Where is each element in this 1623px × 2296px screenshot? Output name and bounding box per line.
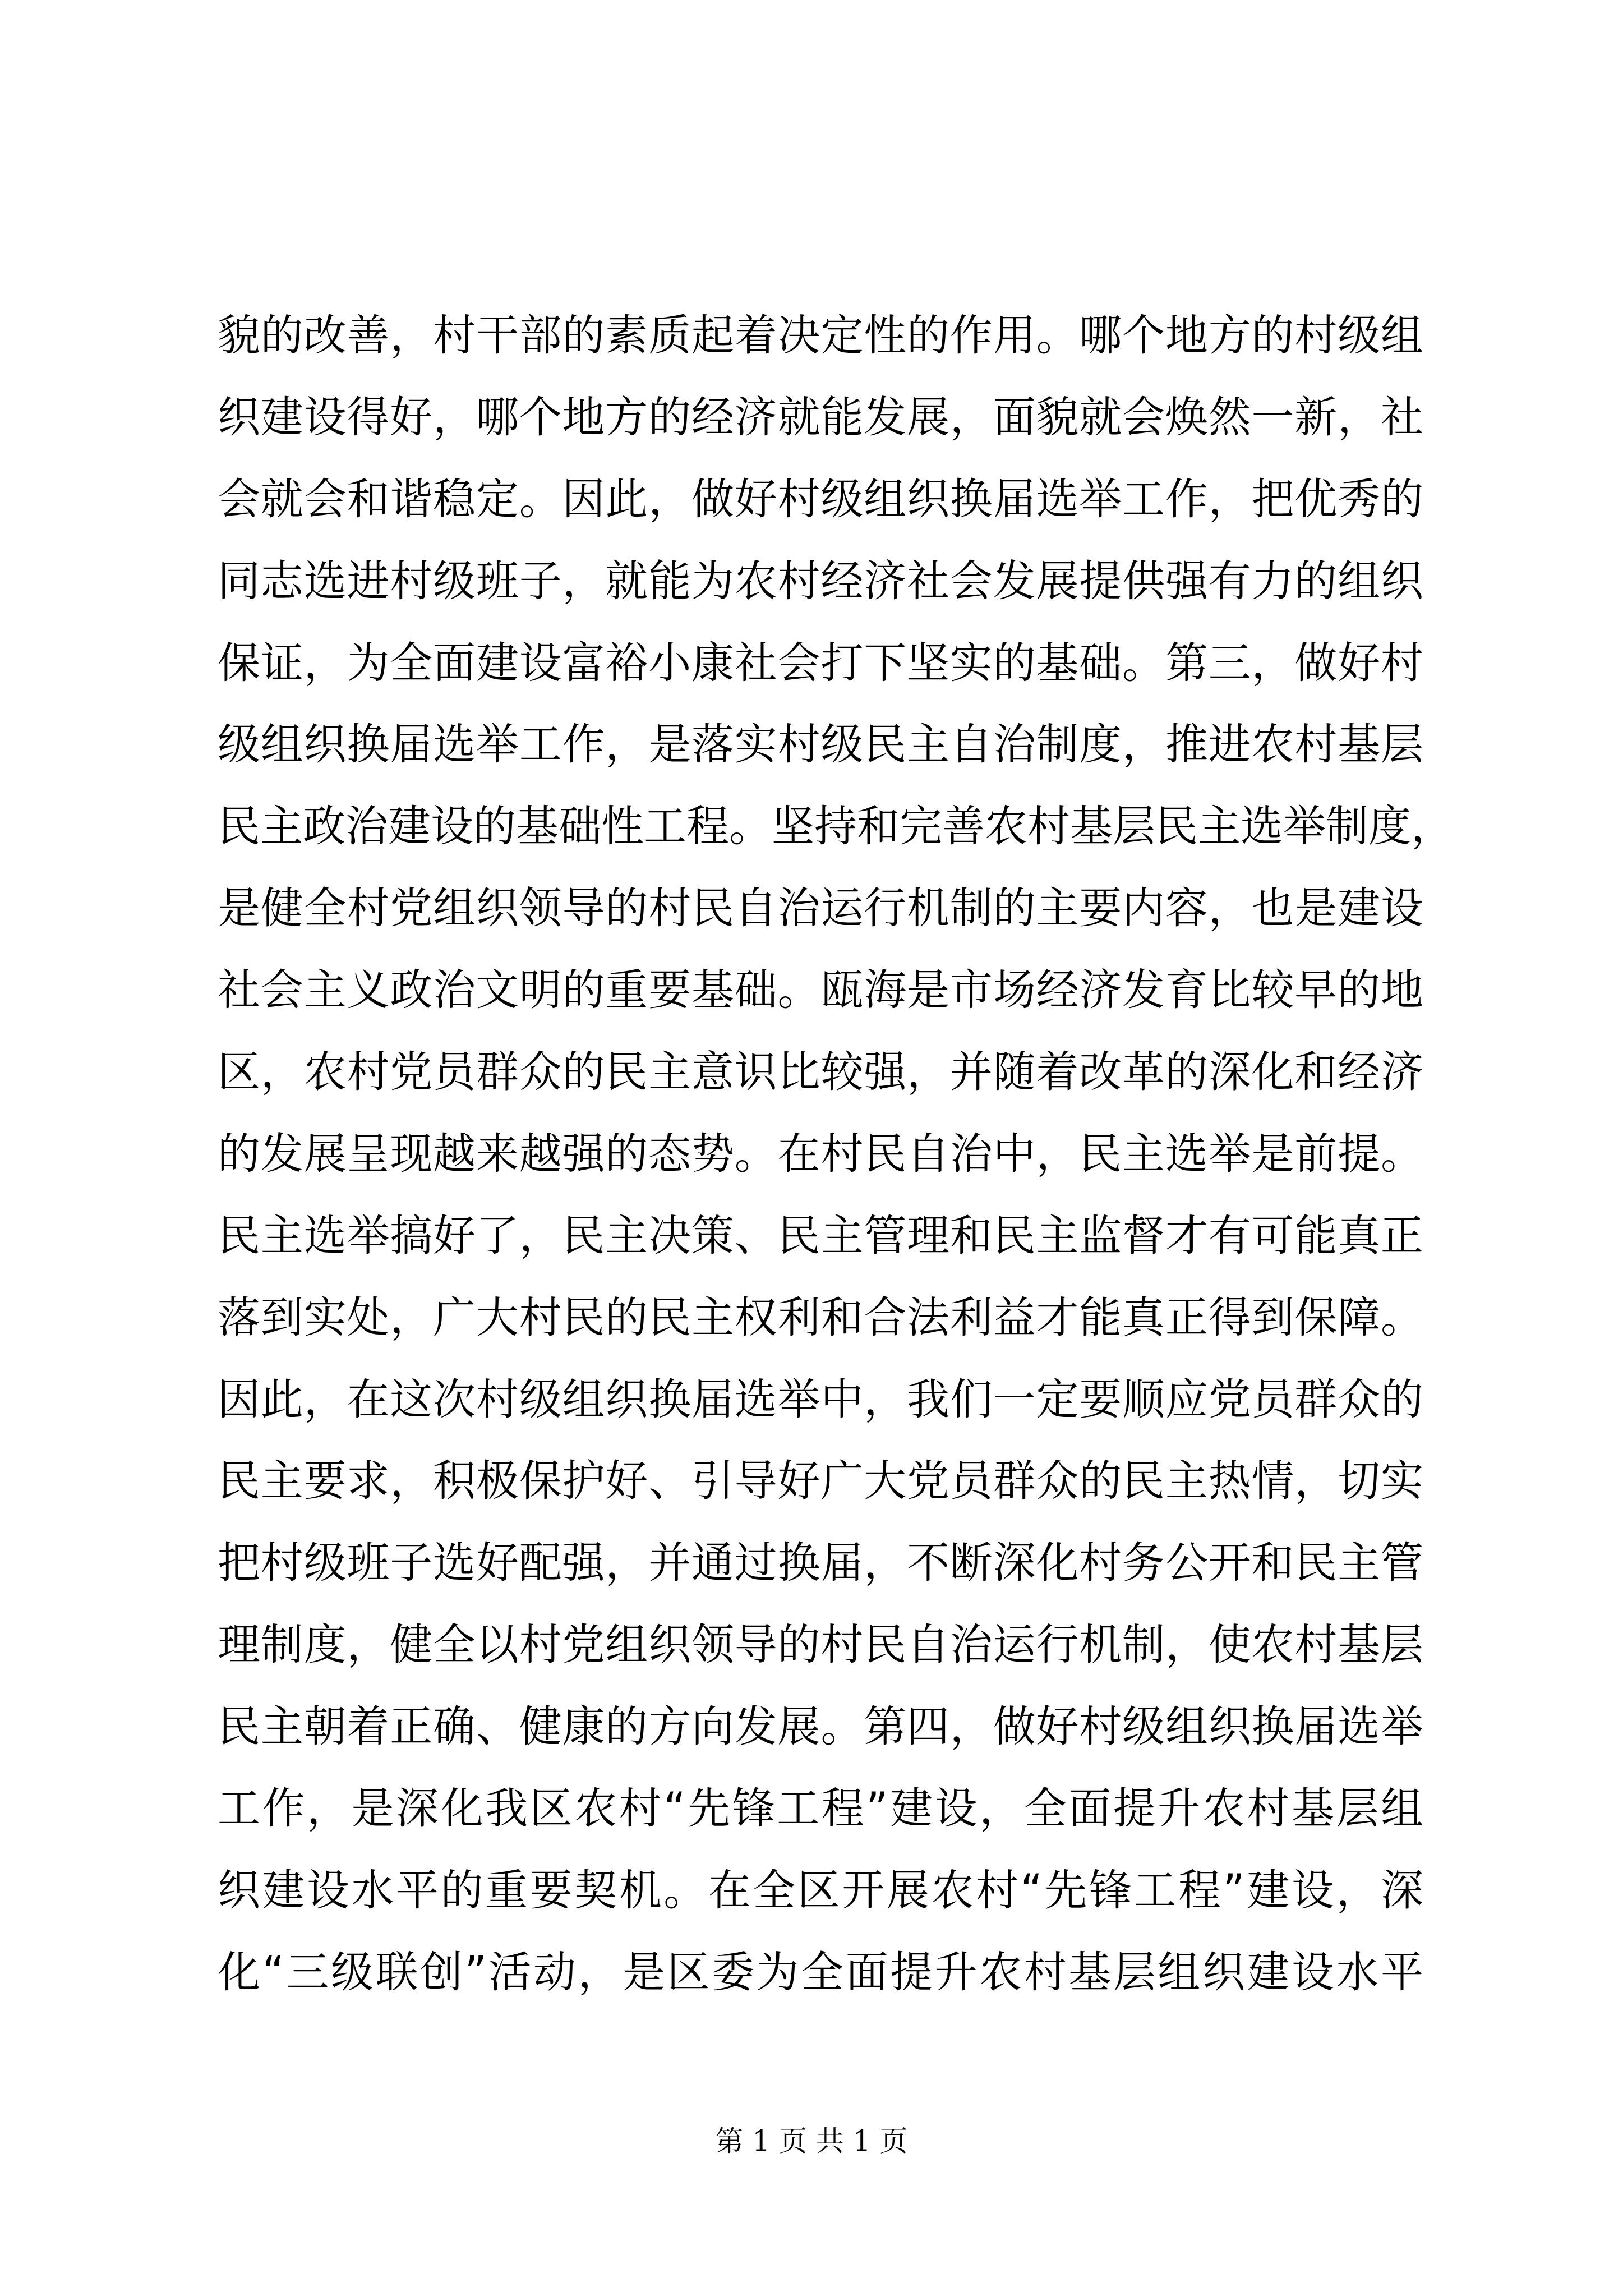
text-line: 民主要求，积极保护好、引导好广大党员群众的民主热情，切实 xyxy=(218,1440,1423,1522)
document-page: 貌的改善，村干部的素质起着决定性的作用。哪个地方的村级组 织建设得好，哪个地方的… xyxy=(0,0,1623,2296)
page-footer: 第 1 页 共 1 页 xyxy=(0,2122,1623,2161)
text-line: 织建设得好，哪个地方的经济就能发展，面貌就会焕然一新，社 xyxy=(218,376,1423,458)
text-line: 民主政治建设的基础性工程。坚持和完善农村基层民主选举制度， xyxy=(218,785,1423,867)
text-line: 的发展呈现越来越强的态势。在村民自治中，民主选举是前提。 xyxy=(218,1113,1423,1195)
text-line: 把村级班子选好配强，并通过换届，不断深化村务公开和民主管 xyxy=(218,1522,1423,1604)
text-line: 理制度，健全以村党组织领导的村民自治运行机制，使农村基层 xyxy=(218,1604,1423,1686)
text-line: 织建设水平的重要契机。在全区开展农村“先锋工程”建设，深 xyxy=(218,1849,1423,1931)
text-line: 落到实处，广大村民的民主权利和合法利益才能真正得到保障。 xyxy=(218,1277,1423,1359)
text-line: 因此，在这次村级组织换届选举中，我们一定要顺应党员群众的 xyxy=(218,1359,1423,1441)
text-line: 貌的改善，村干部的素质起着决定性的作用。哪个地方的村级组 xyxy=(218,295,1423,376)
text-line: 保证，为全面建设富裕小康社会打下坚实的基础。第三，做好村 xyxy=(218,622,1423,704)
text-line: 是健全村党组织领导的村民自治运行机制的主要内容，也是建设 xyxy=(218,867,1423,949)
text-line: 化“三级联创”活动，是区委为全面提升农村基层组织建设水平 xyxy=(218,1931,1423,2013)
text-line: 区，农村党员群众的民主意识比较强，并随着改革的深化和经济 xyxy=(218,1031,1423,1113)
page-number-label: 第 1 页 共 1 页 xyxy=(715,2125,907,2157)
text-line: 社会主义政治文明的重要基础。瓯海是市场经济发育比较早的地 xyxy=(218,949,1423,1031)
text-line: 工作，是深化我区农村“先锋工程”建设，全面提升农村基层组 xyxy=(218,1768,1423,1849)
text-line: 民主选举搞好了，民主决策、民主管理和民主监督才有可能真正 xyxy=(218,1195,1423,1277)
body-text: 貌的改善，村干部的素质起着决定性的作用。哪个地方的村级组 织建设得好，哪个地方的… xyxy=(218,295,1423,2013)
text-line: 民主朝着正确、健康的方向发展。第四，做好村级组织换届选举 xyxy=(218,1686,1423,1768)
text-line: 同志选进村级班子，就能为农村经济社会发展提供强有力的组织 xyxy=(218,540,1423,622)
text-line: 级组织换届选举工作，是落实村级民主自治制度，推进农村基层 xyxy=(218,703,1423,785)
text-line: 会就会和谐稳定。因此，做好村级组织换届选举工作，把优秀的 xyxy=(218,458,1423,540)
